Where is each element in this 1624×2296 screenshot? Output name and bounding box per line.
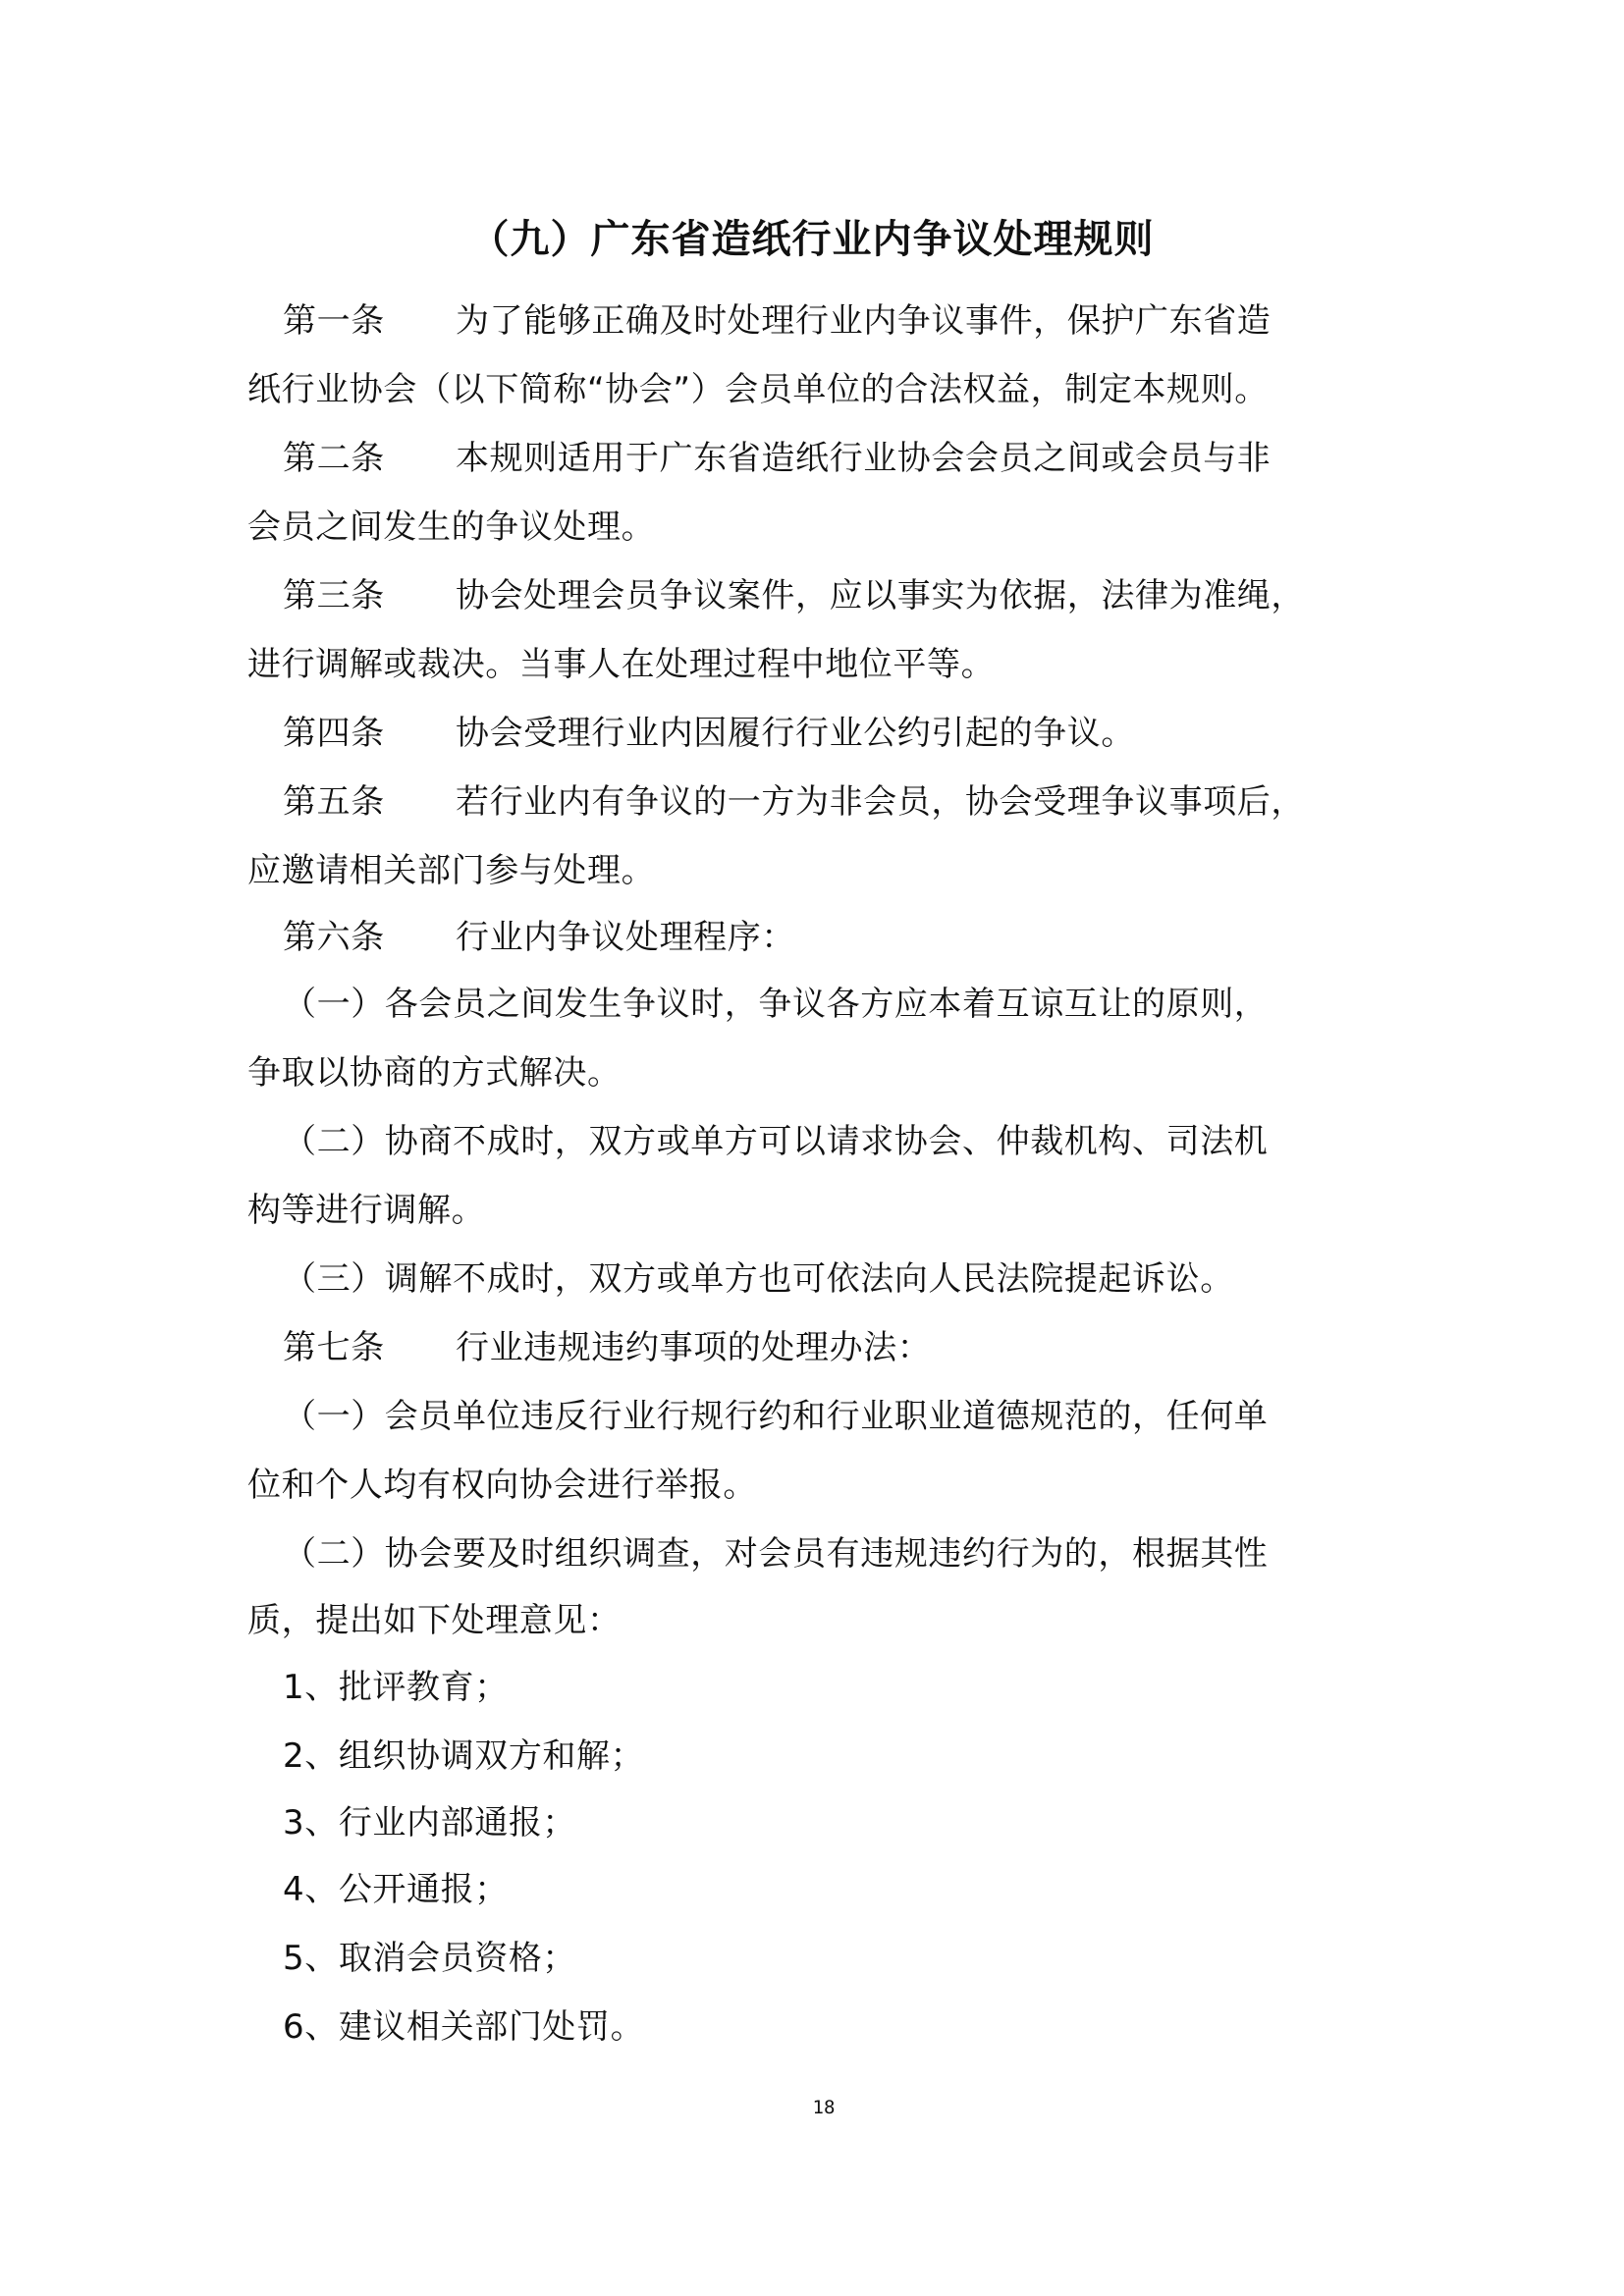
article-text: 行业内争议处理程序： <box>456 918 795 957</box>
article-7-item-2-line-2: 质，提出如下处理意见： <box>247 1588 1386 1653</box>
article-3-line-2: 进行调解或裁决。当事人在处理过程中地位平等。 <box>247 630 1386 699</box>
page-number: 18 <box>0 2094 1624 2121</box>
article-6-item-2-line-1: （二）协商不成时，双方或单方可以请求协会、仲裁机构、司法机 <box>247 1107 1386 1176</box>
document-page: （九）广东省造纸行业内争议处理规则 第一条为了能够正确及时处理行业内争议事件，保… <box>0 0 1624 2296</box>
article-2-line-2: 会员之间发生的争议处理。 <box>247 493 1386 561</box>
penalty-item-1: 1、批评教育； <box>247 1653 1386 1722</box>
article-label: 第一条 <box>283 287 456 355</box>
article-label: 第五条 <box>283 768 456 836</box>
article-label: 第七条 <box>283 1313 456 1382</box>
penalty-item-5: 5、取消会员资格； <box>247 1924 1386 1993</box>
article-text: 若行业内有争议的一方为非会员，协会受理争议事项后， <box>456 782 1305 822</box>
article-1-line-1: 第一条为了能够正确及时处理行业内争议事件，保护广东省造 <box>247 287 1386 355</box>
article-1-line-2: 纸行业协会（以下简称“协会”）会员单位的合法权益，制定本规则。 <box>247 355 1386 424</box>
penalty-item-3: 3、行业内部通报； <box>247 1790 1386 1855</box>
article-7-line-1: 第七条行业违规违约事项的处理办法： <box>247 1313 1386 1382</box>
article-3-line-1: 第三条协会处理会员争议案件，应以事实为依据，法律为准绳， <box>247 561 1386 630</box>
document-title: （九）广东省造纸行业内争议处理规则 <box>0 212 1624 267</box>
article-text: 本规则适用于广东省造纸行业协会会员之间或会员与非 <box>456 439 1271 478</box>
penalty-item-6: 6、建议相关部门处罚。 <box>247 1993 1386 2061</box>
article-4-line-1: 第四条协会受理行业内因履行行业公约引起的争议。 <box>247 699 1386 768</box>
article-text: 为了能够正确及时处理行业内争议事件，保护广东省造 <box>456 301 1271 341</box>
article-5-line-2: 应邀请相关部门参与处理。 <box>247 836 1386 905</box>
document-body: 第一条为了能够正确及时处理行业内争议事件，保护广东省造 纸行业协会（以下简称“协… <box>247 287 1386 2061</box>
article-text: 协会处理会员争议案件，应以事实为依据，法律为准绳， <box>456 576 1305 615</box>
article-6-line-1: 第六条行业内争议处理程序： <box>247 905 1386 970</box>
penalty-item-2: 2、组织协调双方和解； <box>247 1722 1386 1790</box>
article-6-item-3-line-1: （三）调解不成时，双方或单方也可依法向人民法院提起诉讼。 <box>247 1245 1386 1313</box>
article-6-item-2-line-2: 构等进行调解。 <box>247 1176 1386 1245</box>
article-text: 协会受理行业内因履行行业公约引起的争议。 <box>456 714 1135 753</box>
article-label: 第六条 <box>283 905 456 970</box>
article-7-item-2-line-1: （二）协会要及时组织调查，对会员有违规违约行为的，根据其性 <box>247 1520 1386 1588</box>
penalty-item-4: 4、公开通报； <box>247 1855 1386 1924</box>
article-6-item-1-line-1: （一）各会员之间发生争议时，争议各方应本着互谅互让的原则， <box>247 970 1386 1039</box>
article-5-line-1: 第五条若行业内有争议的一方为非会员，协会受理争议事项后， <box>247 768 1386 836</box>
article-text: 行业违规违约事项的处理办法： <box>456 1328 931 1367</box>
article-7-item-1-line-1: （一）会员单位违反行业行规行约和行业职业道德规范的，任何单 <box>247 1382 1386 1451</box>
article-6-item-1-line-2: 争取以协商的方式解决。 <box>247 1039 1386 1107</box>
article-7-item-1-line-2: 位和个人均有权向协会进行举报。 <box>247 1451 1386 1520</box>
article-2-line-1: 第二条本规则适用于广东省造纸行业协会会员之间或会员与非 <box>247 424 1386 493</box>
article-label: 第三条 <box>283 561 456 630</box>
article-label: 第二条 <box>283 424 456 493</box>
article-label: 第四条 <box>283 699 456 768</box>
